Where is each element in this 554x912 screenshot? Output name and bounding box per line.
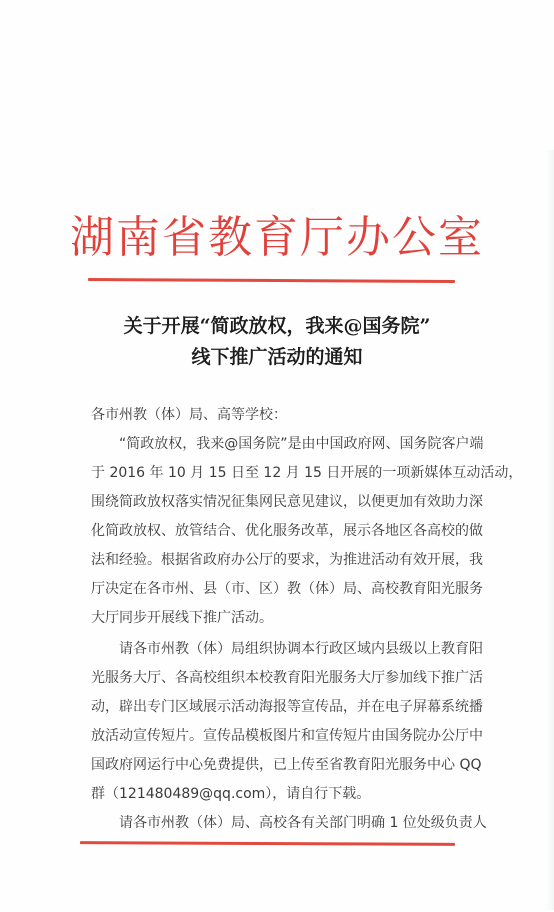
paragraph-1-line-5: 法和经验。根据省政府办公厅的要求，为推进活动有效开展，我 [91, 550, 466, 570]
paragraph-2-line-5: 国政府网运行中心免费提供，已上传至省教育阳光服务中心 QQ [91, 755, 466, 775]
notice-title-line-1: 关于开展“简政放权，我来@国务院” [0, 313, 554, 339]
paragraph-3-line-1: 请各市州教（体）局、高校各有关部门明确 1 位处级负责人 [119, 813, 466, 833]
paragraph-1-line-6: 厅决定在各市州、县（市、区）教（体）局、高校教育阳光服务 [91, 579, 466, 599]
paragraph-2-line-3: 动，辟出专门区域展示活动海报等宣传品，并在电子屏幕系统播 [91, 697, 466, 717]
footer-red-rule [80, 841, 455, 846]
salutation: 各市州教（体）局、高等学校： [91, 405, 466, 425]
paragraph-2-line-2: 光服务大厅、各高校组织本校教育阳光服务大厅参加线下推广活 [91, 668, 466, 688]
issuer-header: 湖南省教育厅办公室 [0, 208, 554, 268]
paragraph-1-line-1: “简政放权，我来@国务院”是由中国政府网、国务院客户端 [119, 434, 466, 454]
paragraph-1-line-4: 化简政放权、放管结合、优化服务改革，展示各地区各高校的做 [91, 521, 466, 541]
notice-title-line-2: 线下推广活动的通知 [0, 344, 554, 370]
paragraph-1-line-3: 围绕简政放权落实情况征集网民意见建议，以便更加有效助力深 [91, 492, 466, 512]
header-red-rule [88, 278, 455, 283]
document-page: 湖南省教育厅办公室 关于开展“简政放权，我来@国务院” 线下推广活动的通知 各市… [0, 0, 554, 912]
paragraph-2-line-1: 请各市州教（体）局组织协调本行政区域内县级以上教育阳 [119, 639, 466, 659]
paragraph-1-line-2: 于 2016 年 10 月 15 日至 12 月 15 日开展的一项新媒体互动活… [91, 463, 466, 483]
paragraph-1-line-7: 大厅同步开展线下推广活动。 [91, 608, 466, 628]
paragraph-2-line-6: 群（121480489@qq.com），请自行下载。 [91, 784, 466, 804]
paragraph-2-line-4: 放活动宣传短片。宣传品模板图片和宣传短片由国务院办公厅中 [91, 726, 466, 746]
